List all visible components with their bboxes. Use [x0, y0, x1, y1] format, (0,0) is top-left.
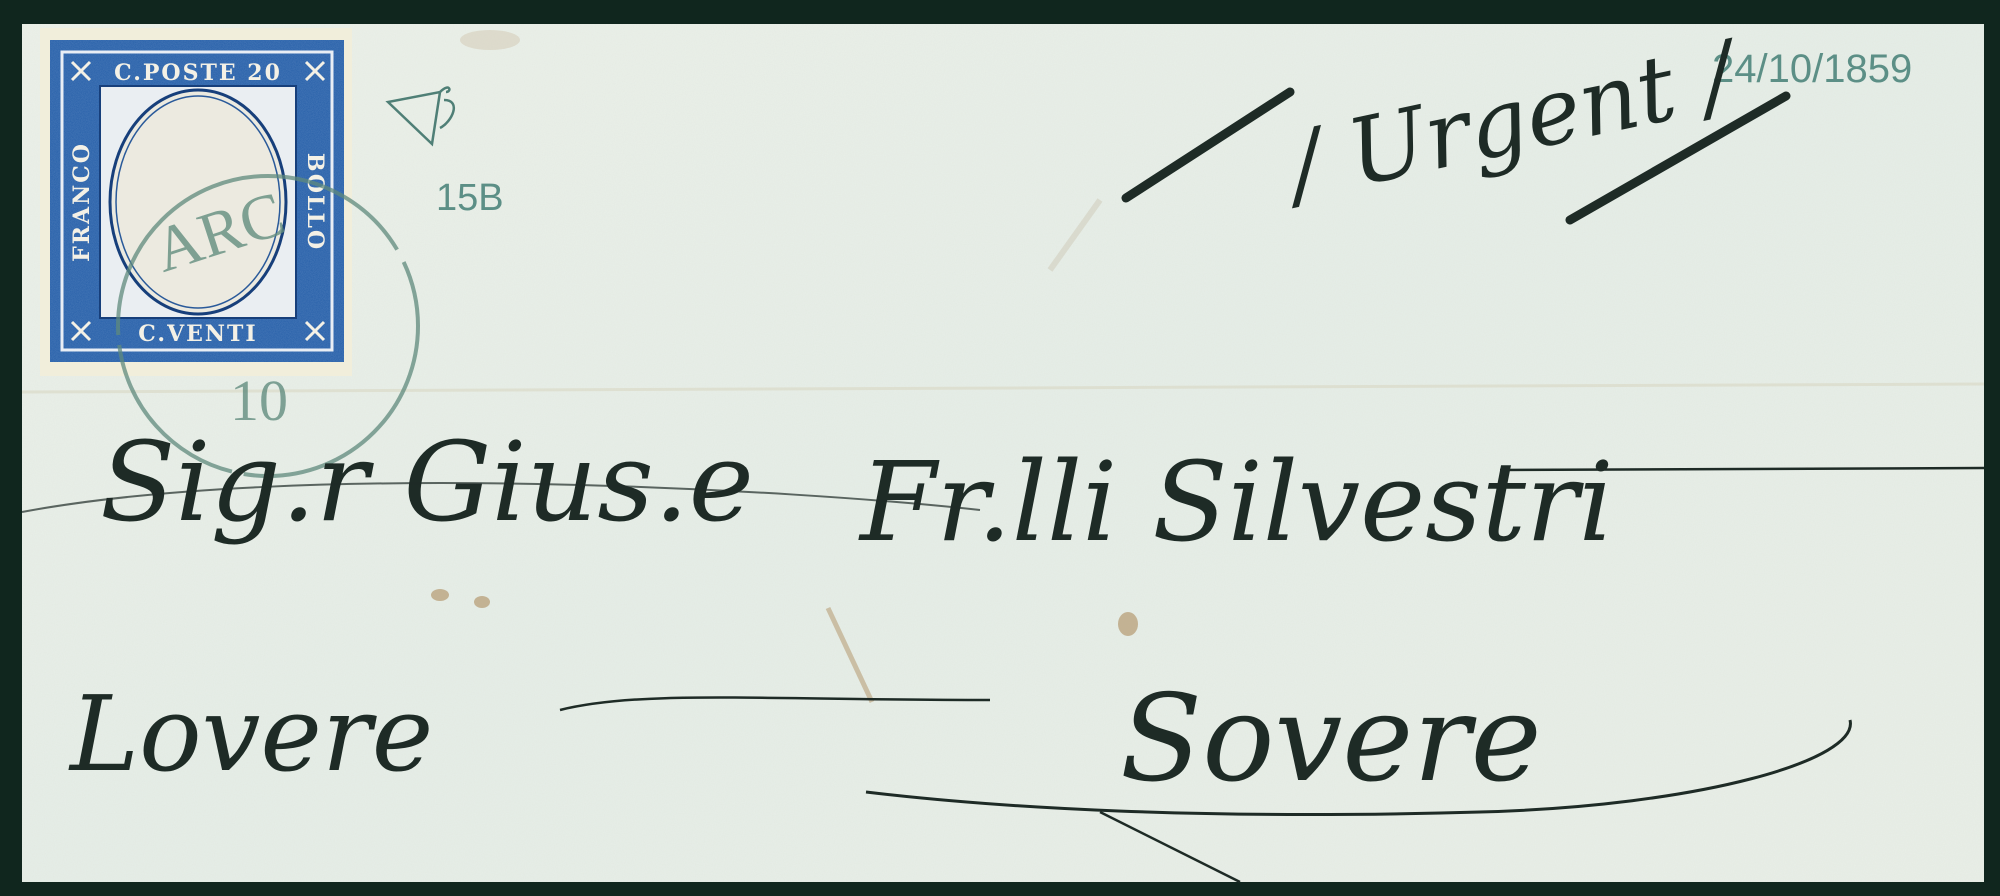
postal-cover: C.POSTE 20 C.VENTI FRANCO BOLLO ARC 10 1… — [0, 0, 2000, 896]
stamp-bottom-label: C.VENTI — [138, 321, 257, 347]
destination-town: Sovere — [1120, 670, 1542, 809]
pencil-date: 24/10/1859 — [1712, 47, 1912, 91]
stamp-left-label: FRANCO — [69, 142, 95, 262]
address-salutation: Sig.r Gius.e — [100, 418, 754, 546]
origin-town: Lovere — [68, 673, 433, 795]
stamp-right-label: BOLLO — [302, 153, 328, 251]
stamp-top-label: C.POSTE 20 — [114, 60, 282, 86]
address-addressee: Fr.lli Silvestri — [858, 438, 1614, 566]
pencil-reference: 15B — [436, 177, 504, 219]
